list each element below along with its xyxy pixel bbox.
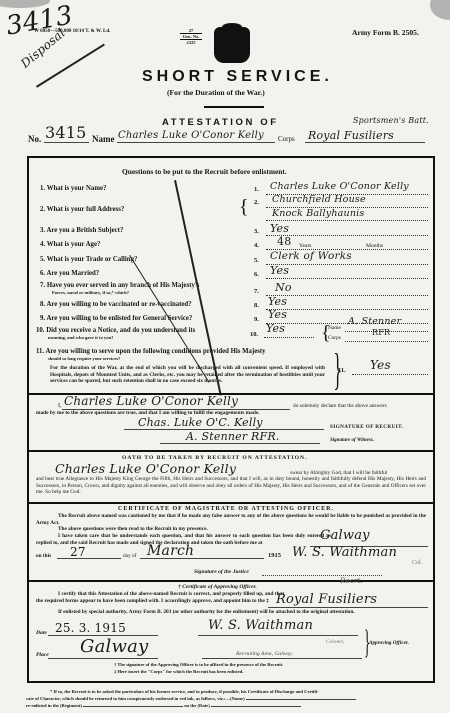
question-10: 10. Did you receive a Notice, and do you… xyxy=(36,327,195,341)
answer-line xyxy=(352,374,428,375)
corps-line xyxy=(268,607,428,608)
footnote-blank xyxy=(246,699,356,700)
day-line xyxy=(57,558,121,559)
date-label: Date xyxy=(36,630,47,636)
q-text: Are you Married? xyxy=(46,270,99,277)
form-title: SHORT SERVICE. xyxy=(142,68,333,86)
question-2: 2. What is your full Address? xyxy=(40,206,124,213)
answer-line xyxy=(266,264,428,265)
recruiting-label: Recruiting Area, Galway. xyxy=(236,651,293,657)
questions-heading: Questions to be put to the Recruit befor… xyxy=(122,167,287,176)
conditions-text: For the duration of the War, at the end … xyxy=(50,365,325,385)
a-number: 2. xyxy=(254,199,259,206)
gen-no-bottom: 2325 xyxy=(180,40,202,45)
approving-p1: I certify that this Attestation of the a… xyxy=(36,591,284,604)
magistrate-signature: W. S. Waithman xyxy=(292,545,397,560)
q-number: 5. xyxy=(40,256,45,263)
recruit-no-value: 3415 xyxy=(45,123,87,142)
recruit-corps-value: Royal Fusiliers xyxy=(308,129,394,142)
question-4: 4. What is your Age? xyxy=(40,241,100,248)
answer-line xyxy=(266,295,428,296)
q-number: 4. xyxy=(40,241,45,248)
a-number: 3. xyxy=(254,228,259,235)
q-text: What is your Name? xyxy=(47,185,107,192)
approving-note-1: † The signature of the Approving Officer… xyxy=(114,662,283,667)
recruit-name-value: Charles Luke O'Conor Kelly xyxy=(118,130,264,141)
witness-label: Signature of Witness. xyxy=(330,438,374,443)
footnote-text-3: re-enlisted in the (Regiment) xyxy=(26,703,82,708)
approving-corps: Royal Fusiliers xyxy=(276,592,377,607)
a-number: 11. xyxy=(338,367,346,374)
q-subtext: Forces, naval or military, if so,* which… xyxy=(52,289,199,296)
approving-signature: W. S. Waithman xyxy=(208,618,313,633)
recruit-name-label: Name xyxy=(92,134,115,144)
footnote-blank xyxy=(83,706,183,707)
answer-7: No xyxy=(275,281,292,294)
paper-stain xyxy=(430,0,450,20)
answer-2a: Churchfield House xyxy=(272,194,366,205)
gen-no-label: Gen. No. xyxy=(180,33,202,40)
question-6: 6. Are you Married? xyxy=(40,270,99,277)
a-number: 1. xyxy=(254,186,259,193)
question-5: 5. What is your Trade or Calling? xyxy=(40,256,137,263)
approving-heading: † Certificate of Approving Officer. xyxy=(178,584,257,590)
colonel-label: Colonel, xyxy=(326,639,344,645)
q-number: 1. xyxy=(40,185,45,192)
battalion-note: Sportsmen's Batt. xyxy=(353,116,429,125)
q-text: Did you receive a Notice, and do you und… xyxy=(46,327,195,334)
footnote-line-1: * If so, the Recruit is to be asked the … xyxy=(50,689,319,694)
declaration-prefix: I, xyxy=(58,403,62,409)
a-number: 7. xyxy=(254,288,259,295)
notice-corps-label: Corps xyxy=(328,335,341,341)
title-rule xyxy=(204,106,264,108)
answer-4: 48 xyxy=(277,235,291,248)
q-number: 2. xyxy=(40,206,45,213)
date-value: 25. 3. 1915 xyxy=(55,621,126,635)
answer-2b: Knock Ballyhaunis xyxy=(272,208,364,219)
recruit-note: Recrt. xyxy=(340,577,363,585)
q-text: Are you willing to be vaccinated or re-v… xyxy=(46,301,191,308)
magistrate-day: 27 xyxy=(70,545,86,559)
question-11: 11. Are you willing to serve upon the fo… xyxy=(36,348,266,362)
approving-p2: If enlisted by special authority, Army F… xyxy=(36,609,426,616)
witness-signature: A. Stenner RFR. xyxy=(186,430,280,443)
recruit-signature: Chas. Luke O'C. Kelly xyxy=(138,416,263,429)
q-subtext: meaning, and who gave it to you? xyxy=(48,334,195,341)
magistrate-p1: The Recruit above named was cautioned by… xyxy=(36,513,426,526)
place-value: Galway xyxy=(80,636,148,657)
approving-officer-label: Approving Officer. xyxy=(369,640,409,646)
footnote-text-4: on the (Date) xyxy=(184,703,210,708)
q-text: What is your full Address? xyxy=(47,206,125,213)
answer-line xyxy=(266,278,428,279)
answer-line xyxy=(264,337,314,338)
magistrate-place: Galway xyxy=(320,528,370,543)
years-label: Years xyxy=(299,243,311,249)
q-number: 8. xyxy=(40,301,45,308)
on-this-label: on this xyxy=(36,553,51,559)
royal-crest-icon xyxy=(214,27,250,63)
section-divider xyxy=(27,502,435,504)
a-number: 8. xyxy=(254,302,259,309)
answer-6: Yes xyxy=(270,264,289,277)
q-text: Are you a British Subject? xyxy=(46,227,123,234)
question-7: 7. Have you ever served in any branch of… xyxy=(40,282,199,296)
q-number: 10. xyxy=(36,327,45,334)
q-number: 3. xyxy=(40,227,45,234)
oath-name: Charles Luke O'Conor Kelly xyxy=(55,461,236,476)
q-text: What is your Age? xyxy=(47,241,101,248)
declaration-name: Charles Luke O'Conor Kelly xyxy=(64,394,238,408)
q-text: What is your Trade or Calling? xyxy=(47,256,138,263)
notice-name-value: A. Stenner xyxy=(348,316,401,327)
approving-note-2: ‡ Here insert the "Corps" for which the … xyxy=(114,669,243,674)
recruit-corps-underline xyxy=(305,142,425,143)
footnote-text-2: cate of Character, which should be retur… xyxy=(26,696,245,701)
q-text: Are you willing to serve upon the follow… xyxy=(45,348,265,355)
q-number: 7. xyxy=(40,282,45,289)
answer-1: Charles Luke O'Conor Kelly xyxy=(270,181,409,192)
a-number: 4. xyxy=(254,242,259,249)
gen-no: 27 Gen. No. 2325 xyxy=(180,28,202,45)
month-line xyxy=(140,558,264,559)
answer-line xyxy=(266,220,428,221)
place-line-approving xyxy=(48,658,158,659)
witness-sig-line xyxy=(160,443,320,444)
section-divider xyxy=(27,450,435,452)
recruit-sig-label: SIGNATURE OF RECRUIT. xyxy=(330,424,403,430)
footnote-line-2: cate of Character, which should be retur… xyxy=(26,696,356,701)
answer-line xyxy=(345,341,428,342)
answer-3: Yes xyxy=(270,222,289,235)
attestation-heading: ATTESTATION OF xyxy=(162,117,279,128)
notice-name-label: Name xyxy=(328,325,341,331)
justice-sig-line xyxy=(262,575,382,576)
question-1: 1. What is your Name? xyxy=(40,185,106,192)
notice-corps-value: RFR xyxy=(372,328,390,337)
question-3: 3. Are you a British Subject? xyxy=(40,227,123,234)
q-number: 9. xyxy=(40,315,45,322)
answer-line xyxy=(266,309,428,310)
answer-5: Clerk of Works xyxy=(270,250,352,262)
magistrate-heading: CERTIFICATE OF MAGISTRATE OR ATTESTING O… xyxy=(118,506,334,512)
answer-9: Yes xyxy=(268,308,287,321)
day-of-label: day of xyxy=(123,553,136,559)
declaration-text1: do solemnly declare that the above answe… xyxy=(293,403,387,409)
magistrate-month: March xyxy=(147,543,194,559)
footnote-blank xyxy=(211,706,301,707)
answer-11: Yes xyxy=(370,358,391,372)
justice-sig-label: Signature of the Justice xyxy=(194,569,249,575)
q-subtext: should so long require your services? xyxy=(48,355,266,362)
q-number: 6. xyxy=(40,270,45,277)
magistrate-p2: The above questions were then read to th… xyxy=(58,526,358,533)
magistrate-year: 1915 xyxy=(268,552,281,559)
a-number: 5. xyxy=(254,257,259,264)
a-number: 6. xyxy=(254,271,259,278)
answer-10: Yes xyxy=(266,322,285,335)
recruiting-line xyxy=(202,658,362,659)
answer-8: Yes xyxy=(268,295,287,308)
a-number: 10. xyxy=(250,331,258,338)
recruit-corps-label: Corps xyxy=(278,135,295,143)
recruit-name-underline xyxy=(117,142,275,143)
months-label: Months xyxy=(366,243,383,249)
q-number: 11. xyxy=(36,348,44,355)
question-8: 8. Are you willing to be vaccinated or r… xyxy=(40,301,192,308)
a-number: 9. xyxy=(254,316,259,323)
footnote-line-3: re-enlisted in the (Regiment) on the (Da… xyxy=(26,703,301,708)
recruit-no-label: No. xyxy=(28,134,41,144)
place-label: Place xyxy=(36,652,49,658)
approving-sig-line xyxy=(198,635,358,636)
recruit-no-underline xyxy=(44,142,89,143)
margin-note: Col. xyxy=(412,560,422,566)
q-text: Have you ever served in any branch of Hi… xyxy=(47,282,200,289)
brace: { xyxy=(239,196,249,219)
form-subtitle: (For the Duration of the War.) xyxy=(167,88,265,97)
answer-line xyxy=(266,323,428,324)
section-divider xyxy=(27,580,435,582)
oath-text: and bear true Allegiance to His Majesty … xyxy=(36,476,426,496)
form-id: Army Form B. 2505. xyxy=(352,28,419,37)
